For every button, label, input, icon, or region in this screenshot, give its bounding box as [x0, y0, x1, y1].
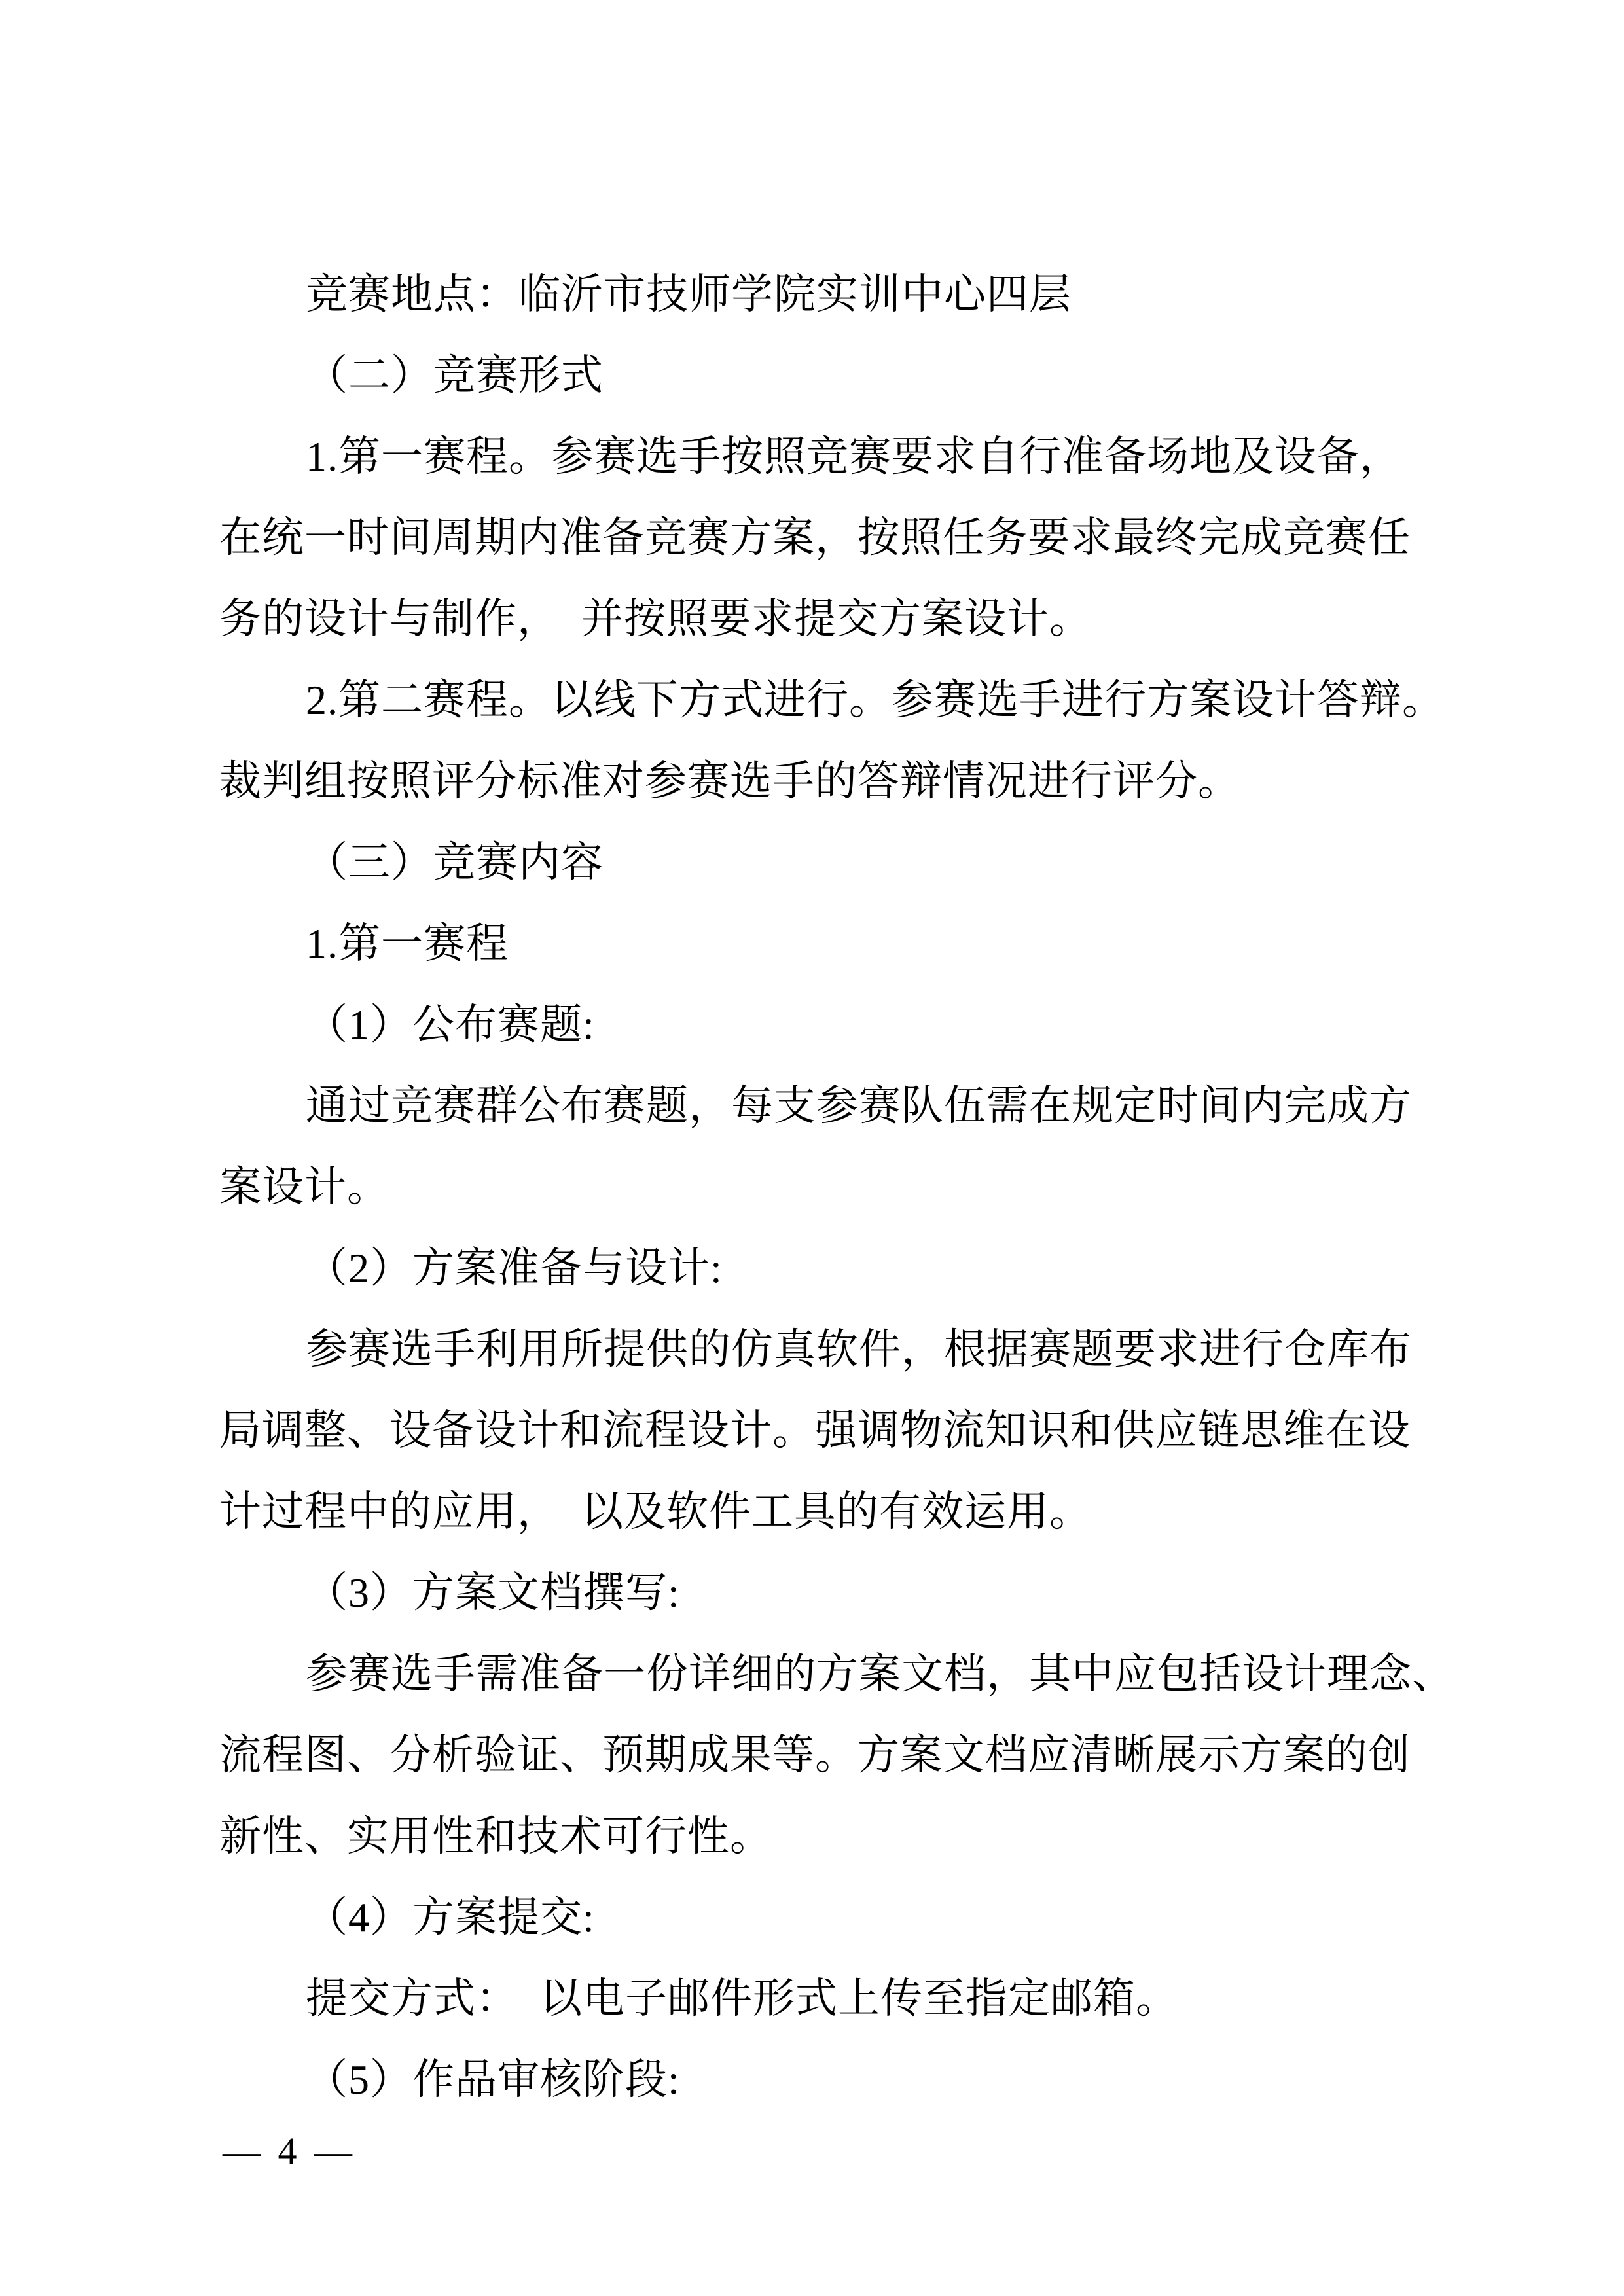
text-line: （5）作品审核阶段: [219, 2039, 1414, 2121]
text-line: 流程图、分析验证、预期成果等。方案文档应清晰展示方案的创 [219, 1715, 1414, 1796]
text-line: 参赛选手利用所提供的仿真软件，根据赛题要求进行仓库布 [219, 1309, 1414, 1390]
text-line: 案设计。 [219, 1147, 1414, 1228]
text-line: 在统一时间周期内准备竞赛方案，按照任务要求最终完成竞赛任 [219, 497, 1414, 579]
text-line: （4）方案提交: [219, 1877, 1414, 1958]
text-line: 1.第一赛程。参赛选手按照竞赛要求自行准备场地及设备， [219, 416, 1414, 497]
text-line: 提交方式： 以电子邮件形式上传至指定邮箱。 [219, 1958, 1414, 2039]
text-line: 新性、实用性和技术可行性。 [219, 1796, 1414, 1877]
document-body: 竞赛地点：临沂市技师学院实训中心四层 （二）竞赛形式 1.第一赛程。参赛选手按照… [219, 254, 1414, 2121]
text-line: 通过竞赛群公布赛题，每支参赛队伍需在规定时间内完成方 [219, 1066, 1414, 1147]
text-line: （2）方案准备与设计: [219, 1228, 1414, 1309]
text-line: 裁判组按照评分标准对参赛选手的答辩情况进行评分。 [219, 741, 1414, 822]
text-line: 务的设计与制作， 并按照要求提交方案设计。 [219, 579, 1414, 660]
text-line: 局调整、设备设计和流程设计。强调物流知识和供应链思维在设 [219, 1390, 1414, 1471]
section-heading: （二）竞赛形式 [219, 335, 1414, 416]
text-line: 1.第一赛程 [219, 903, 1414, 984]
text-line: 竞赛地点：临沂市技师学院实训中心四层 [219, 254, 1414, 335]
text-line: 2.第二赛程。以线下方式进行。参赛选手进行方案设计答辩。 [219, 660, 1414, 741]
text-line: （3）方案文档撰写: [219, 1552, 1414, 1634]
text-line: （1）公布赛题: [219, 984, 1414, 1066]
document-page: 竞赛地点：临沂市技师学院实训中心四层 （二）竞赛形式 1.第一赛程。参赛选手按照… [0, 0, 1624, 2296]
text-line: 计过程中的应用， 以及软件工具的有效运用。 [219, 1471, 1414, 1552]
section-heading: （三）竞赛内容 [219, 822, 1414, 903]
page-number: — 4 — [223, 2128, 356, 2174]
text-line: 参赛选手需准备一份详细的方案文档，其中应包括设计理念、 [219, 1634, 1414, 1715]
